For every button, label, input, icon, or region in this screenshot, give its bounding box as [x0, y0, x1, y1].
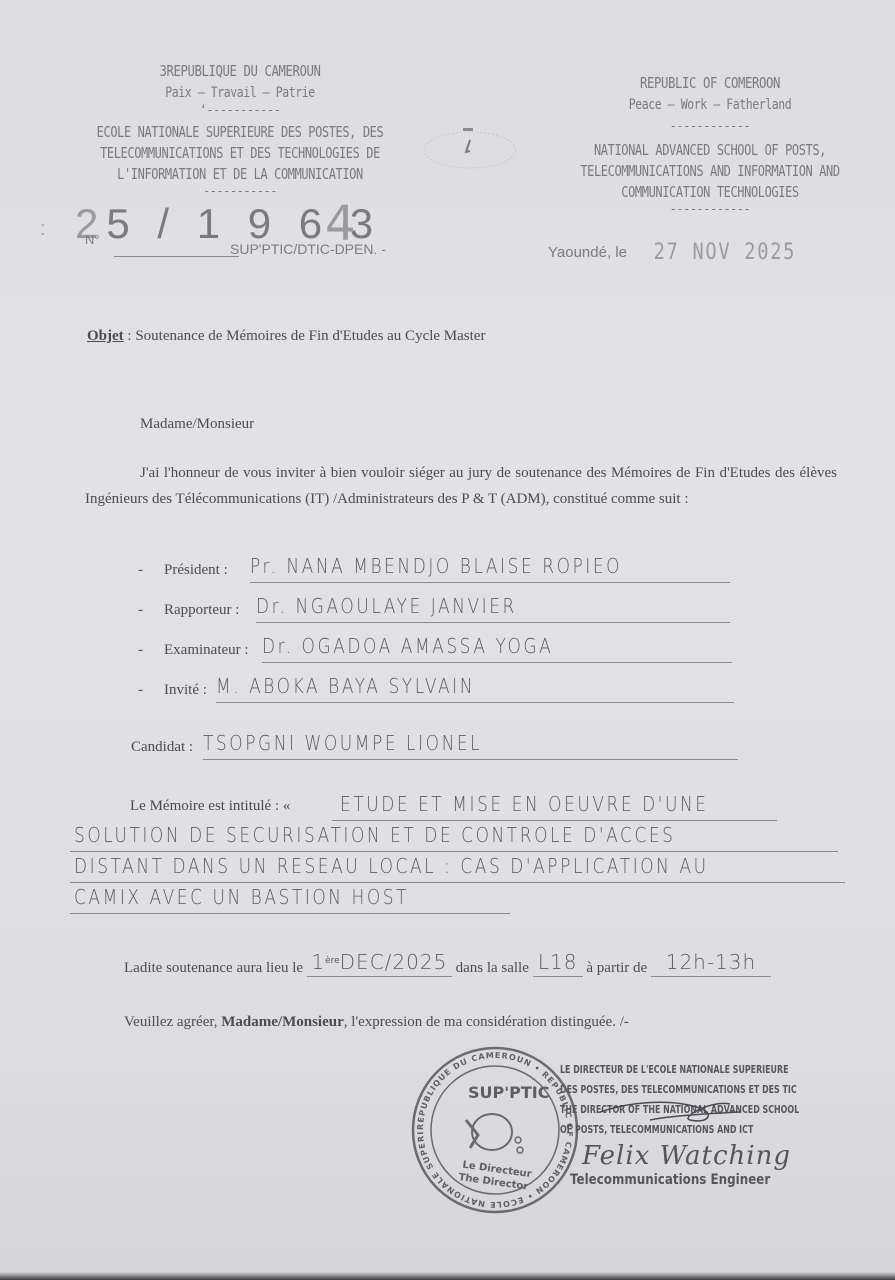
svg-text:SUP'PTIC: SUP'PTIC	[468, 1083, 549, 1102]
header-french: 3REPUBLIQUE DU CAMEROUN Paix – Travail –…	[60, 60, 420, 197]
thesis-text: ETUDE ET MISE EN OEUVRE D'UNE	[340, 792, 709, 816]
thesis-label: Le Mémoire est intitulé : «	[130, 798, 290, 815]
schedule-line: Ladite soutenance aura lieu le 1ère DEC/…	[124, 950, 771, 977]
defense-day-suffix: ère	[325, 956, 340, 966]
jury-name-field: Dr. NGAOULAYE JANVIER	[256, 594, 730, 623]
object-text: : Soutenance de Mémoires de Fin d'Etudes…	[124, 328, 486, 344]
signatory-title-line: LE DIRECTEUR DE L'ECOLE NATIONALE SUPERI…	[560, 1060, 747, 1080]
thesis-text: SOLUTION DE SECURISATION ET DE CONTROLE …	[74, 823, 676, 847]
separator: ------------	[545, 203, 875, 215]
jury-name-field: Pr. NANA MBENDJO BLAISE ROPIEO	[250, 554, 730, 583]
list-dash: -	[138, 562, 143, 579]
jury-name: M. ABOKA BAYA SYLVAIN	[216, 674, 475, 698]
jury-row-invite: - Invité : M. ABOKA BAYA SYLVAIN	[138, 676, 738, 704]
thesis-text: DISTANT DANS UN RESEAU LOCAL : CAS D'APP…	[74, 854, 709, 878]
jury-role: Rapporteur :	[164, 602, 239, 619]
jury-row-president: - Président : Pr. NANA MBENDJO BLAISE RO…	[138, 556, 738, 584]
date-stamp: 27 NOV 2025	[654, 240, 797, 265]
thesis-line: SOLUTION DE SECURISATION ET DE CONTROLE …	[70, 821, 838, 852]
country-name-en: REPUBLIC OF COMEROON	[575, 72, 846, 94]
official-seal-icon: REPUBLIQUE DU CAMEROUN • REPUBLIC OF CAM…	[410, 1040, 580, 1220]
header-english: REPUBLIC OF COMEROON Peace – Work – Fath…	[545, 72, 875, 215]
institution-line: L'INFORMATION ET DE LA COMMUNICATION	[96, 164, 384, 185]
date-line: Yaoundé, le 27 NOV 2025	[548, 240, 809, 265]
schedule-text: à partir de	[583, 960, 651, 976]
separator: -----------	[60, 185, 420, 197]
candidate-label: Candidat :	[131, 739, 193, 756]
schedule-text: Ladite soutenance aura lieu le	[124, 960, 307, 976]
time-field: 12h-13h	[651, 950, 771, 977]
handwritten-mark: 4	[325, 196, 356, 252]
defense-month-year: DEC/2025	[340, 950, 448, 974]
room-field: L18	[533, 950, 583, 977]
reference-underline	[114, 256, 239, 257]
list-dash: -	[138, 682, 143, 699]
closing-text: Veuillez agréer,	[124, 1014, 221, 1030]
jury-name-field: M. ABOKA BAYA SYLVAIN	[216, 674, 734, 703]
emblem-icon	[420, 118, 520, 174]
jury-row-rapporteur: - Rapporteur : Dr. NGAOULAYE JANVIER	[138, 596, 738, 624]
handwritten-signature-icon	[590, 1090, 770, 1130]
separator: ------------	[545, 120, 875, 132]
jury-name: Pr. NANA MBENDJO BLAISE ROPIEO	[250, 554, 622, 578]
jury-name: Dr. NGAOULAYE JANVIER	[256, 594, 517, 618]
schedule-text: dans la salle	[452, 960, 533, 976]
institution-line: NATIONAL ADVANCED SCHOOL OF POSTS,	[578, 140, 842, 161]
thesis-line: Le Mémoire est intitulé : « ETUDE ET MIS…	[332, 790, 777, 821]
signatory-profession: Telecommunications Engineer	[570, 1170, 783, 1190]
motto-en: Peace – Work – Fatherland	[575, 94, 846, 116]
intro-paragraph: J'ai l'honneur de vous inviter à bien vo…	[85, 460, 837, 512]
defense-time: 12h-13h	[666, 950, 756, 974]
jury-name: Dr. OGADOA AMASSA YOGA	[262, 634, 553, 658]
institution-line: TELECOMMUNICATIONS ET DES TECHNOLOGIES D…	[96, 143, 384, 164]
candidate-name-field: TSOPGNI WOUMPE LIONEL	[203, 731, 738, 760]
thesis-text: CAMIX AVEC UN BASTION HOST	[74, 885, 409, 909]
closing-addressee: Madame/Monsieur	[221, 1014, 343, 1030]
defense-day: 1	[311, 950, 325, 974]
country-name-fr: 3REPUBLIQUE DU CAMEROUN	[92, 60, 387, 82]
reference-number: : 25 / 1 9 6 3 N° SUP'PTIC/DTIC-DPEN. - …	[40, 200, 460, 260]
list-dash: -	[138, 602, 143, 619]
reference-code: SUP'PTIC/DTIC-DPEN. -	[230, 241, 386, 257]
object-line: Objet : Soutenance de Mémoires de Fin d'…	[87, 328, 485, 345]
date-label: Yaoundé, le	[548, 244, 627, 261]
jury-name-field: Dr. OGADOA AMASSA YOGA	[262, 634, 732, 663]
number-label: N°	[85, 232, 100, 247]
defense-date-field: 1ère DEC/2025	[307, 950, 452, 977]
thesis-title: Le Mémoire est intitulé : « ETUDE ET MIS…	[70, 790, 860, 914]
motto-fr: Paix – Travail – Patrie	[92, 82, 387, 104]
separator: ʻ-----------	[60, 104, 420, 116]
list-dash: -	[138, 642, 143, 659]
closing-line: Veuillez agréer, Madame/Monsieur, l'expr…	[124, 1014, 629, 1031]
object-label: Objet	[87, 328, 124, 344]
thesis-line: CAMIX AVEC UN BASTION HOST	[70, 883, 510, 914]
margin-mark: :	[40, 218, 46, 241]
defense-room: L18	[538, 950, 578, 974]
jury-role: Examinateur :	[164, 642, 249, 659]
institution-line: COMMUNICATION TECHNOLOGIES	[578, 182, 842, 203]
closing-text: , l'expression de ma considération disti…	[344, 1014, 629, 1030]
candidate-name: TSOPGNI WOUMPE LIONEL	[203, 731, 482, 755]
signatory-name: Felix Watching	[582, 1146, 820, 1166]
jury-row-examinateur: - Examinateur : Dr. OGADOA AMASSA YOGA	[138, 636, 738, 664]
thesis-line: DISTANT DANS UN RESEAU LOCAL : CAS D'APP…	[70, 852, 845, 883]
jury-role: Invité :	[164, 682, 207, 699]
institution-line: TELECOMMUNICATIONS AND INFORMATION AND	[578, 161, 842, 182]
salutation: Madame/Monsieur	[140, 416, 254, 433]
institution-line: ECOLE NATIONALE SUPERIEURE DES POSTES, D…	[96, 122, 384, 143]
page-edge	[0, 1272, 895, 1280]
jury-role: Président :	[164, 562, 228, 579]
